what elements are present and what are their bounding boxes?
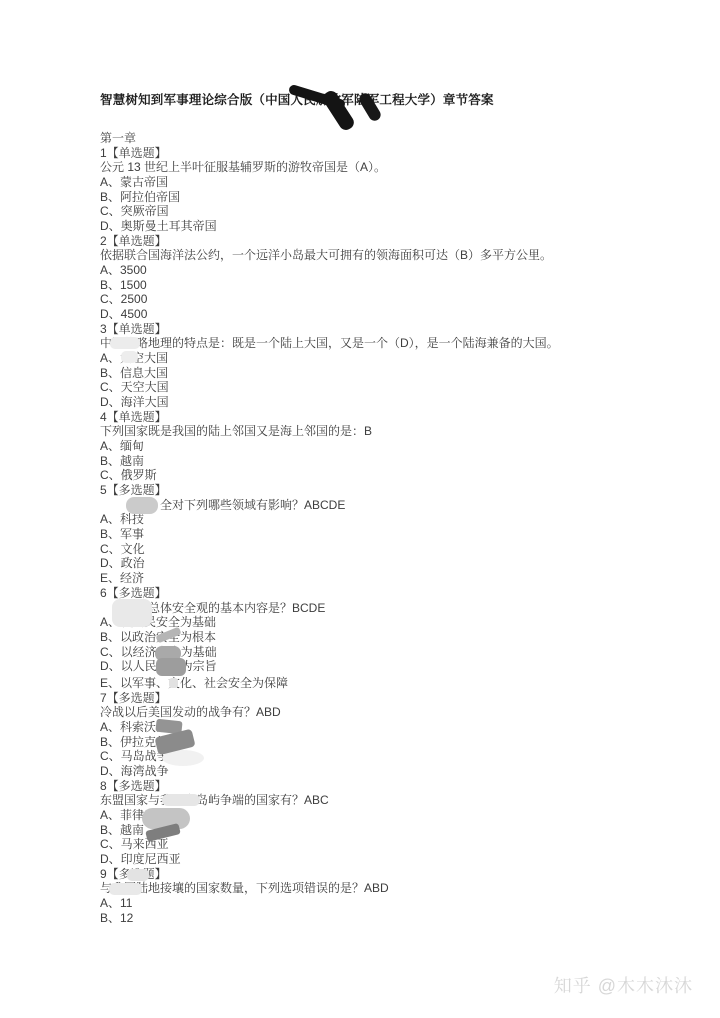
text-line: 与我国陆地接壤的国家数量，下列选项错误的是？ABD [100,881,660,896]
text-line: 8【多选题】 [100,779,660,794]
text-line: A、11 [100,896,660,911]
text-line: 公元 13 世纪上半叶征服基辅罗斯的游牧帝国是（A）。 [100,160,660,175]
text-line: 1【单选题】 [100,146,660,161]
text-line: 7【多选题】 [100,691,660,706]
document-body: 第一章1【单选题】公元 13 世纪上半叶征服基辅罗斯的游牧帝国是（A）。A、蒙古… [100,131,660,925]
text-line: D、奥斯曼土耳其帝国 [100,219,660,234]
text-line: B、1500 [100,278,660,293]
text-line: 第一章 [100,131,660,146]
text-line: B、12 [100,911,660,926]
text-line: 总体安全观的基本内容是？BCDE [100,601,660,616]
text-line: A、缅甸 [100,439,660,454]
text-line: 中国战略地理的特点是：既是一个陆上大国，又是一个（D），是一个陆海兼备的大国。 [100,336,660,351]
text-line: A、蒙古帝国 [100,175,660,190]
text-line: 3【单选题】 [100,322,660,337]
text-line: E、经济 [100,571,660,586]
text-line: A、科索沃战争 [100,720,660,735]
text-line: C、俄罗斯 [100,468,660,483]
text-line: 下列国家既是我国的陆上邻国又是海上邻国的是：B [100,424,660,439]
text-line: 依据联合国海洋法公约，一个远洋小岛最大可拥有的领海面积可达（B）多平方公里。 [100,248,660,263]
text-line: A、3500 [100,263,660,278]
text-line: 9【多选题】 [100,867,660,882]
text-line: C、马来西亚 [100,837,660,852]
zhihu-watermark: 知乎 @木木沐沐 [554,972,693,998]
text-line: D、海洋大国 [100,395,660,410]
text-line: A、以人民安全为基础 [100,615,660,630]
text-line: B、伊拉克战争 [100,735,660,750]
text-line: 6【多选题】 [100,586,660,601]
text-line: 冷战以后美国发动的战争有？ABD [100,705,660,720]
text-line: E、以军事、文化、社会安全为保障 [100,676,660,691]
page-title: 智慧树知到军事理论综合版（中国人民解放军陆军工程大学）章节答案 [100,90,494,108]
text-line: 4【单选题】 [100,410,660,425]
text-line: D、以人民安全为宗旨 [100,659,660,674]
text-line: D、4500 [100,307,660,322]
text-line: 东盟国家与我国有岛屿争端的国家有？ABC [100,793,660,808]
text-line: 2【单选题】 [100,234,660,249]
text-line: B、以政治安全为根本 [100,630,660,645]
text-line: D、海湾战争 [100,764,660,779]
text-line: C、2500 [100,292,660,307]
text-line: D、印度尼西亚 [100,852,660,867]
text-line: C、天空大国 [100,380,660,395]
text-line: B、越南 [100,823,660,838]
text-line: B、越南 [100,454,660,469]
text-line: C、马岛战争 [100,749,660,764]
text-line: C、以经济安全为基础 [100,645,660,660]
text-line: A、菲律宾 [100,808,660,823]
text-line: C、文化 [100,542,660,557]
page: { "title": "智慧树知到军事理论综合版（中国人民解放军陆军工程大学）章… [0,0,720,1018]
text-line: 5【多选题】 [100,483,660,498]
text-line: C、突厥帝国 [100,204,660,219]
text-line: D、政治 [100,556,660,571]
text-line: B、信息大国 [100,366,660,381]
text-line: A、太空大国 [100,351,660,366]
text-line: B、阿拉伯帝国 [100,190,660,205]
text-line: 全对下列哪些领域有影响？ABCDE [100,498,660,513]
text-line: B、军事 [100,527,660,542]
text-line: A、科技 [100,512,660,527]
